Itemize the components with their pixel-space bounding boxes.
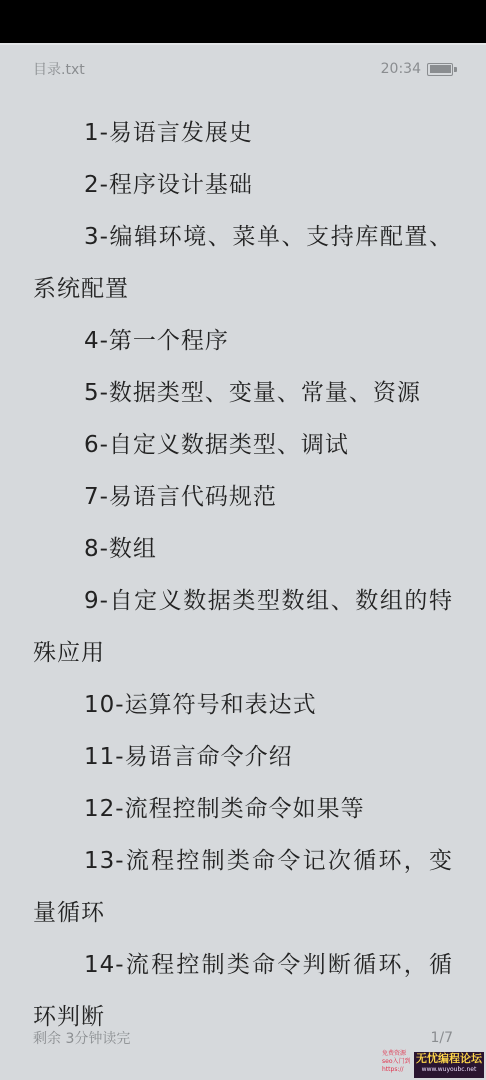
toc-entry: 10-运算符号和表达式 — [33, 679, 453, 731]
reader-footer: 剩余 3分钟读完 1/7 — [33, 1028, 453, 1048]
toc-entry: 12-流程控制类命令如果等 — [33, 783, 453, 835]
toc-entry: 6-自定义数据类型、调试 — [33, 419, 453, 471]
reading-time-remaining: 剩余 3分钟读完 — [33, 1028, 130, 1048]
watermark-logo: 免费资源 seo入门到 https:// 无忧编程论坛 www.wuyoubc.… — [382, 1046, 484, 1078]
battery-tip — [454, 67, 457, 72]
battery-icon — [427, 63, 453, 76]
watermark-red-text: 免费资源 seo入门到 https:// — [382, 1050, 412, 1074]
watermark-url: www.wuyoubc.net — [414, 1066, 484, 1074]
page-indicator: 1/7 — [430, 1030, 453, 1046]
toc-entry: 4-第一个程序 — [33, 315, 453, 367]
toc-entry: 11-易语言命令介绍 — [33, 731, 453, 783]
clock-time: 20:34 — [381, 61, 421, 77]
watermark-brand: 无忧编程论坛 — [414, 1052, 484, 1066]
toc-entry: 7-易语言代码规范 — [33, 471, 453, 523]
toc-entry: 5-数据类型、变量、常量、资源 — [33, 367, 453, 419]
toc-entry: 13-流程控制类命令记次循环，变量循环 — [33, 835, 453, 939]
toc-entry: 8-数组 — [33, 523, 453, 575]
toc-entry: 2-程序设计基础 — [33, 159, 453, 211]
battery-level — [430, 65, 451, 73]
reader-header: 目录.txt 20:34 — [33, 60, 453, 78]
header-status: 20:34 — [381, 61, 453, 77]
toc-entry: 9-自定义数据类型数组、数组的特殊应用 — [33, 575, 453, 679]
toc-entry: 1-易语言发展史 — [33, 107, 453, 159]
system-status-bar — [0, 0, 486, 43]
watermark-brand-box: 无忧编程论坛 www.wuyoubc.net — [414, 1052, 484, 1078]
text-reader-page[interactable]: 目录.txt 20:34 1-易语言发展史 2-程序设计基础 3-编辑环境、菜单… — [0, 45, 486, 1080]
file-name: 目录.txt — [33, 59, 85, 79]
toc-entry: 3-编辑环境、菜单、支持库配置、系统配置 — [33, 211, 453, 315]
reader-content[interactable]: 1-易语言发展史 2-程序设计基础 3-编辑环境、菜单、支持库配置、系统配置 4… — [33, 107, 453, 1043]
